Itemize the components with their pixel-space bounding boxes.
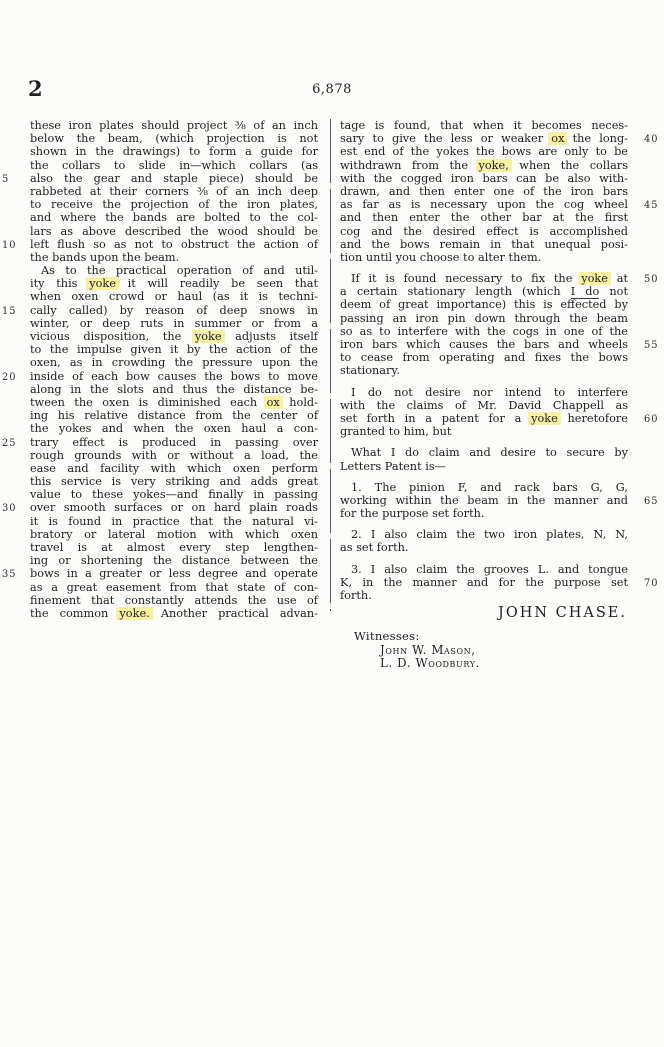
text-line: with the claims of Mr. David Chappell as xyxy=(340,399,628,412)
text-line: this service is very striking and adds g… xyxy=(30,475,318,488)
text-line: tage is found, that when it becomes nece… xyxy=(340,119,628,132)
highlighted-word: yoke. xyxy=(116,607,152,620)
text-line: when oxen crowd or haul (as it is techni… xyxy=(30,290,318,303)
text-line: drawn, and then enter one of the iron ba… xyxy=(340,185,628,198)
highlighted-word: ox xyxy=(548,132,567,145)
text-line: to receive the projection of the iron pl… xyxy=(30,198,318,211)
margin-line-number: 35 xyxy=(2,568,15,581)
right-column-lines: tage is found, that when it becomes nece… xyxy=(340,119,628,602)
text-line: est end of the yokes the bows are only t… xyxy=(340,145,628,158)
text-line: shown in the drawings) to form a guide f… xyxy=(30,145,318,158)
text-line: these iron plates should project ⅜ of an… xyxy=(30,119,318,132)
text-line: bows in a greater or less degree and ope… xyxy=(30,567,318,580)
text-line: as set forth. xyxy=(340,541,628,554)
text-line: the collars to slide in—which collars (a… xyxy=(30,159,318,172)
text-line: rough grounds with or without a load, th… xyxy=(30,449,318,462)
left-text-column: these iron plates should project ⅜ of an… xyxy=(30,119,318,620)
text-line: value to these yokes—and finally in pass… xyxy=(30,488,318,501)
highlighted-word: yoke xyxy=(578,272,611,285)
text-line: ing or shortening the distance between t… xyxy=(30,554,318,567)
text-line: ease and facility with which oxen perfor… xyxy=(30,462,318,475)
text-line: cog and the desired effect is accomplish… xyxy=(340,225,628,238)
text-line: iron bars which causes the bars and whee… xyxy=(340,338,628,351)
text-line: inside of each bow causes the bows to mo… xyxy=(30,370,318,383)
margin-line-number: 30 xyxy=(2,502,15,515)
patent-document-page: 2 6,878 these iron plates should project… xyxy=(0,0,664,1047)
text-line: the bands upon the beam. xyxy=(30,251,318,264)
margin-line-number: 15 xyxy=(2,305,15,318)
text-line: deem of great importance) this is effect… xyxy=(340,298,628,311)
patent-number: 6,878 xyxy=(0,82,664,97)
text-line: cally called) by reason of deep snows in… xyxy=(30,304,318,317)
text-line: as far as is necessary upon the cog whee… xyxy=(340,198,628,211)
highlighted-word: yoke xyxy=(86,277,119,290)
text-line: What I do claim and desire to secure by xyxy=(340,446,628,459)
text-line: finement that constantly attends the use… xyxy=(30,594,318,607)
text-line: and the bows remain in that unequal posi… xyxy=(340,238,628,251)
text-line: sary to give the less or weaker ox the l… xyxy=(340,132,628,145)
inventor-signature: JOHN CHASE. xyxy=(340,607,628,620)
text-line: bratory or lateral motion with which oxe… xyxy=(30,528,318,541)
text-line: trary effect is produced in passing over… xyxy=(30,436,318,449)
margin-line-number: 70 xyxy=(644,577,664,590)
margin-line-number: 25 xyxy=(2,437,15,450)
margin-line-number: 10 xyxy=(2,239,15,252)
text-line: 2. I also claim the two iron plates, N, … xyxy=(340,528,628,541)
margin-line-number: 60 xyxy=(644,413,664,426)
witness-name: L. D. Woodbury. xyxy=(380,657,628,671)
text-line: tion until you choose to alter them. xyxy=(340,251,628,264)
text-line: and then enter the other bar at the firs… xyxy=(340,211,628,224)
text-line: withdrawn from the yoke, when the collar… xyxy=(340,159,628,172)
text-line: to the impulse given it by the action of… xyxy=(30,343,318,356)
text-line: passing an iron pin down through the bea… xyxy=(340,312,628,325)
text-line: along in the slots and thus the distance… xyxy=(30,383,318,396)
text-line: over smooth surfaces or on hard plain ro… xyxy=(30,501,318,514)
text-line: with the cogged iron bars can be also wi… xyxy=(340,172,628,185)
witnesses-label: Witnesses: xyxy=(354,630,628,643)
text-line: it is found in practice that the natural… xyxy=(30,515,318,528)
text-line: winter, or deep ruts in summer or from a xyxy=(30,317,318,330)
text-line: travel is at almost every step lengthen- xyxy=(30,541,318,554)
highlighted-word: yoke xyxy=(192,330,225,343)
text-line: oxen, as in crowding the pressure upon t… xyxy=(30,356,318,369)
text-line: the common yoke. Another practical advan… xyxy=(30,607,318,620)
text-line: working within the beam in the manner an… xyxy=(340,494,628,507)
margin-line-number: 45 xyxy=(644,199,664,212)
text-line: rabbeted at their corners ⅜ of an inch d… xyxy=(30,185,318,198)
margin-line-number: 55 xyxy=(644,339,664,352)
text-line: left flush so as not to obstruct the act… xyxy=(30,238,318,251)
text-line: Letters Patent is— xyxy=(340,460,628,473)
text-line: and where the bands are bolted to the co… xyxy=(30,211,318,224)
text-line: As to the practical operation of and uti… xyxy=(30,264,318,277)
text-line: vicious disposition, the yoke adjusts it… xyxy=(30,330,318,343)
text-line: a certain stationary length (which I do … xyxy=(340,285,628,298)
margin-line-number: 5 xyxy=(2,173,15,186)
text-line: lars as above described the wood should … xyxy=(30,225,318,238)
text-line: forth. xyxy=(340,589,628,602)
text-line: the yokes and when the oxen haul a con- xyxy=(30,422,318,435)
text-line: 1. The pinion F, and rack bars G, G, xyxy=(340,481,628,494)
text-line: to cease from operating and fixes the bo… xyxy=(340,351,628,364)
text-line: ity this yoke it will readily be seen th… xyxy=(30,277,318,290)
text-line: so as to interfere with the cogs in one … xyxy=(340,325,628,338)
text-line: 3. I also claim the grooves L. and tongu… xyxy=(340,563,628,576)
highlighted-word: yoke xyxy=(528,412,561,425)
text-line: stationary. xyxy=(340,364,628,377)
text-line: also the gear and staple piece) should b… xyxy=(30,172,318,185)
text-line: I do not desire nor intend to interfere xyxy=(340,386,628,399)
column-divider-rule xyxy=(330,119,331,611)
text-line: K, in the manner and for the purpose set… xyxy=(340,576,628,589)
highlighted-word: ox xyxy=(264,396,283,409)
text-line: for the purpose set forth. xyxy=(340,507,628,520)
text-line: below the beam, (which projection is not xyxy=(30,132,318,145)
text-line: ing his relative distance from the cente… xyxy=(30,409,318,422)
margin-line-number: 40 xyxy=(644,133,664,146)
text-line: set forth in a patent for a yoke heretof… xyxy=(340,412,628,425)
witness-name: John W. Mason, xyxy=(380,644,628,658)
text-line: granted to him, but xyxy=(340,425,628,438)
margin-line-number: 65 xyxy=(644,495,664,508)
highlighted-word: yoke, xyxy=(476,159,512,172)
margin-line-number: 20 xyxy=(2,371,15,384)
right-text-column: tage is found, that when it becomes nece… xyxy=(340,119,628,671)
text-line: as a great easement from that state of c… xyxy=(30,581,318,594)
text-line: If it is found necessary to fix the yoke… xyxy=(340,272,628,285)
scan-underline-mark: I do xyxy=(571,285,600,299)
margin-line-number: 50 xyxy=(644,273,664,286)
text-line: tween the oxen is diminished each ox hol… xyxy=(30,396,318,409)
